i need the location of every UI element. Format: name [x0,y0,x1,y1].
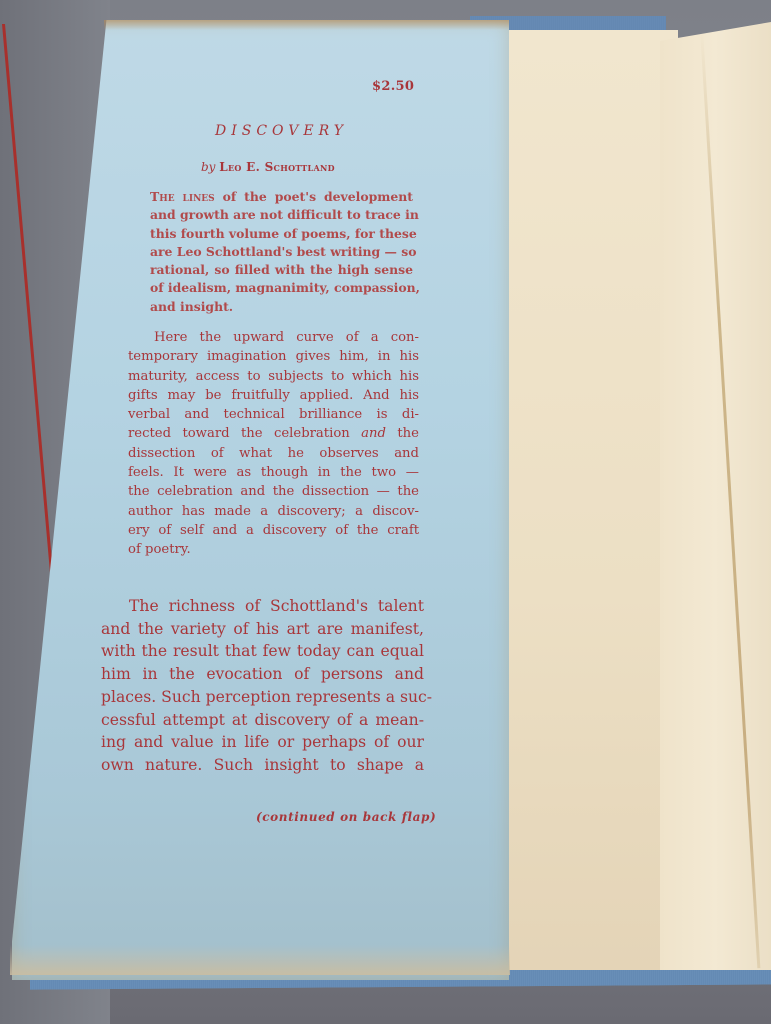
author-name: Leo E. Schottland [219,160,335,174]
paragraph-line: ing and value in life or perhaps of our [101,731,424,754]
paragraph-line: own nature. Such insight to shape a [101,754,424,777]
flap-text: $2.50 DISCOVERY by Leo E. Schottland The… [0,0,771,1024]
paragraph-line: dissection of what he observes and [128,444,419,463]
paragraph-3: The richness of Schottland's talent and … [101,595,424,777]
paragraph-line: of idealism, magnanimity, compassion, [150,279,413,297]
paragraph-line: of poetry. [128,540,419,559]
paragraph-line: ery of self and a discovery of the craft [128,521,419,540]
paragraph-line: and growth are not difficult to trace in [150,206,413,224]
paragraph-line: this fourth volume of poems, for these [150,225,413,243]
price-label: $2.50 [372,79,414,94]
paragraph-line: are Leo Schottland's best writing — so [150,243,413,261]
paragraph-line: cessful attempt at discovery of a mean- [101,709,424,732]
paragraph-line: with the result that few today can equal [101,640,424,663]
paragraph-line: gifts may be fruitfully applied. And his [128,386,419,405]
paragraph-line: him in the evocation of persons and [101,663,424,686]
paragraph-line: feels. It were as though in the two — [128,463,419,482]
paragraph-2: Here the upward curve of a con- temporar… [128,328,419,560]
byline-prefix: by [201,160,215,174]
italic-emphasis: and [361,426,386,441]
paragraph-line: verbal and technical brilliance is di- [128,405,419,424]
paragraph-line: and the variety of his art are manifest, [101,618,424,641]
paragraph-1: The lines of the poet's development and … [150,188,413,316]
paragraph-line: places. Such perception represents a suc… [101,686,424,709]
paragraph-line: The lines of the poet's development [150,188,413,206]
book-title: DISCOVERY [215,123,348,139]
paragraph-line: maturity, access to subjects to which hi… [128,367,419,386]
paragraph-line: author has made a discovery; a discov- [128,502,419,521]
continued-on-back-flap-note: (continued on back flap) [256,810,436,824]
paragraph-line: The richness of Schottland's talent [101,595,424,618]
paragraph-line: Here the upward curve of a con- [128,328,419,347]
lead-in-small-caps: The lines [150,189,215,204]
byline: by Leo E. Schottland [201,160,335,174]
paragraph-line: and insight. [150,298,413,316]
paragraph-line: rational, so filled with the high sense [150,261,413,279]
paragraph-line: temporary imagination gives him, in his [128,347,419,366]
paragraph-line: rected toward the celebration and the [128,424,419,443]
paragraph-line: the celebration and the dissection — the [128,482,419,501]
